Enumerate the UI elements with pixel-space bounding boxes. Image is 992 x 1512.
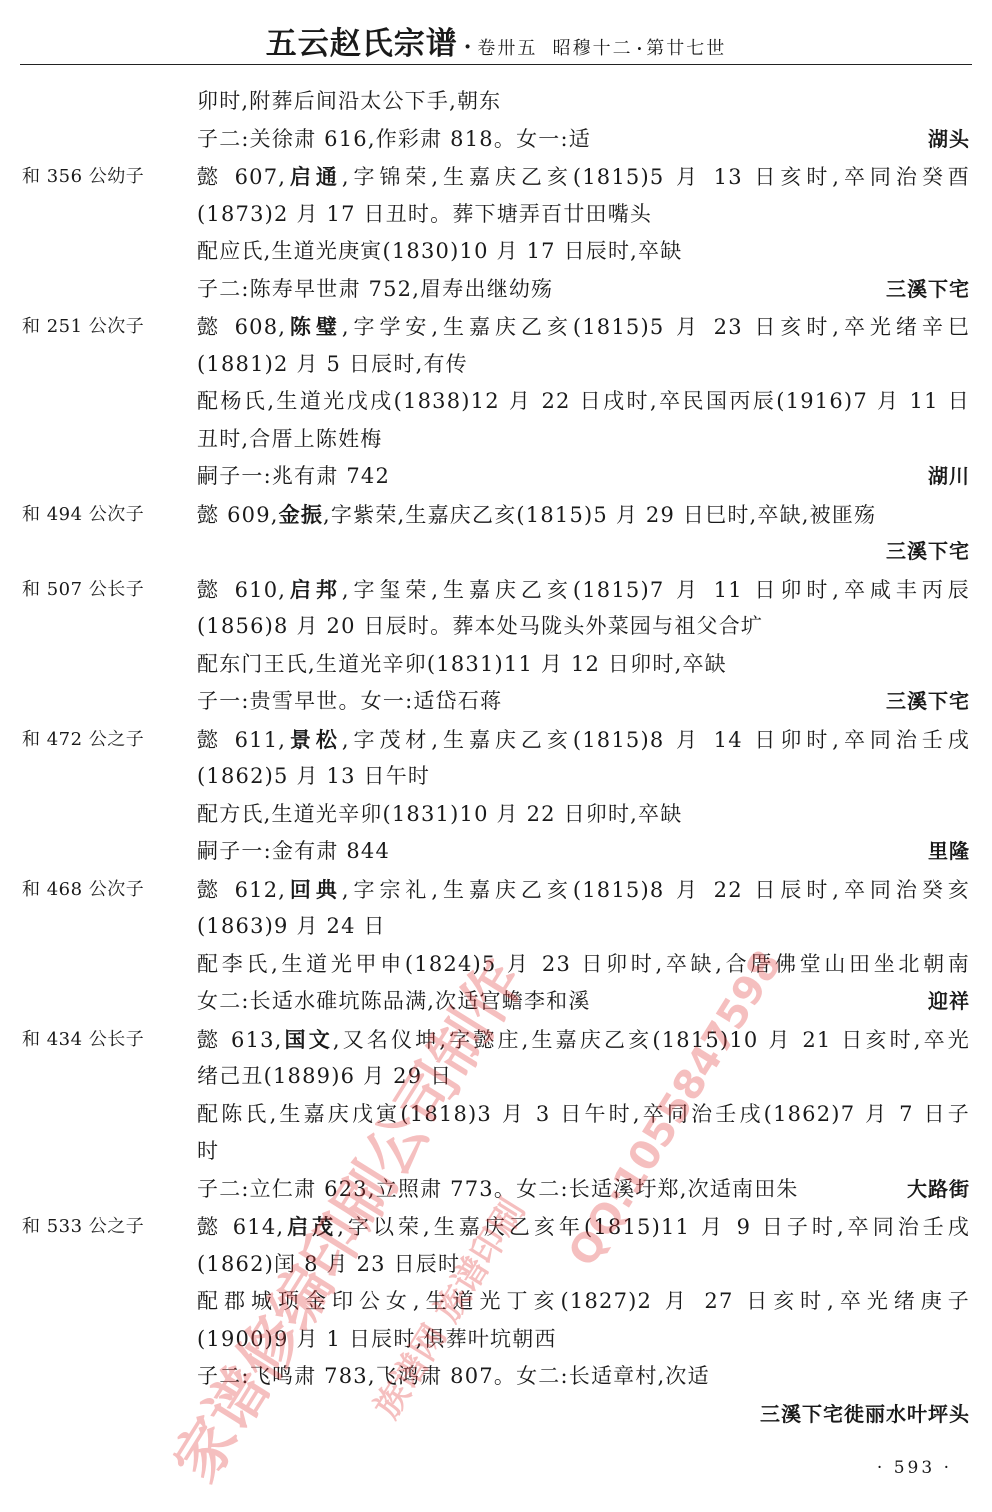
- entry-text: 子二:关徐肃 616,作彩肃 818。女一:适: [197, 121, 852, 159]
- father-reference: 和 434 公长子: [22, 1021, 144, 1059]
- entry-head-line: 和 356 公幼子懿 607,启通,字锦荣,生嘉庆乙亥(1815)5 月 13 …: [0, 158, 992, 196]
- father-reference: 和 494 公次子: [22, 496, 144, 534]
- entry-text: 子一:贵雪早世。女一:适岱石蒋: [197, 683, 852, 721]
- person-name: 回典: [286, 877, 342, 902]
- text-line: (1856)8 月 20 日辰时。葬本处马陇头外菜园与祖父合圹: [0, 608, 992, 646]
- residence-place: 三溪下宅: [886, 533, 970, 571]
- entry-text: 配东门王氏,生道光辛卯(1831)11 月 12 日卯时,卒缺: [197, 646, 970, 684]
- entry-text: (1856)8 月 20 日辰时。葬本处马陇头外菜园与祖父合圹: [197, 608, 970, 646]
- father-reference: 和 472 公之子: [22, 721, 144, 759]
- residence-place: 里隆: [928, 833, 970, 871]
- entry-head-line: 和 468 公次子懿 612,回典,字宗礼,生嘉庆乙亥(1815)8 月 22 …: [0, 871, 992, 909]
- person-name: 景松: [286, 727, 342, 752]
- text-line: 子二:陈寿早世肃 752,眉寿出继幼殇三溪下宅: [0, 271, 992, 309]
- entry-text: 懿 612,回典,字宗礼,生嘉庆乙亥(1815)8 月 22 日辰时,卒同治癸亥: [197, 871, 970, 910]
- text-line: 配方氏,生道光辛卯(1831)10 月 22 日卯时,卒缺: [0, 796, 992, 834]
- text-line: 子一:贵雪早世。女一:适岱石蒋三溪下宅: [0, 683, 992, 721]
- page-number: · 593 ·: [877, 1458, 952, 1478]
- header-separator: ·: [464, 34, 472, 60]
- text-line: 丑时,合厝上陈姓梅: [0, 421, 992, 459]
- entry-text: 卯时,附葬后间沿太公下手,朝东: [197, 83, 970, 121]
- entry-text: 懿 610,启邦,字玺荣,生嘉庆乙亥(1815)7 月 11 日卯时,卒咸丰丙辰: [197, 571, 970, 610]
- residence-place: 三溪下宅徙丽水叶坪头: [760, 1396, 970, 1434]
- entry-head-line: 和 434 公长子懿 613,国文,又名仪坤,字懿庄,生嘉庆乙亥(1815)10…: [0, 1021, 992, 1059]
- running-header: 五云赵氏宗谱·卷卅五 昭穆十二·第廿七世: [0, 18, 992, 63]
- text-line: 配李氏,生道光甲申(1824)5 月 23 日卯时,卒缺,合厝佛堂山田坐北朝南: [0, 946, 992, 984]
- entry-text: (1863)9 月 24 日: [197, 908, 970, 946]
- genealogy-page-body: 卯时,附葬后间沿太公下手,朝东子二:关徐肃 616,作彩肃 818。女一:适湖头…: [0, 83, 992, 1433]
- entry-text: 丑时,合厝上陈姓梅: [197, 421, 970, 459]
- entry-head-line: 和 472 公之子懿 611,景松,字茂材,生嘉庆乙亥(1815)8 月 14 …: [0, 721, 992, 759]
- text-line: (1862)5 月 13 日午时: [0, 758, 992, 796]
- text-line: 女二:长适水碓坑陈品满,次适宫蟾李和溪迎祥: [0, 983, 992, 1021]
- text-line: 配郡城项金印公女,生道光丁亥(1827)2 月 27 日亥时,卒光绪庚子: [0, 1283, 992, 1321]
- entry-text: (1900)9 月 1 日辰时,俱葬叶坑朝西: [197, 1321, 970, 1359]
- entry-text: 懿 607,启通,字锦荣,生嘉庆乙亥(1815)5 月 13 日亥时,卒同治癸酉: [197, 158, 970, 197]
- entry-text: 女二:长适水碓坑陈品满,次适宫蟾李和溪: [197, 983, 852, 1021]
- person-name: 陈璧: [286, 314, 342, 339]
- entry-text: 子二:立仁肃 623,立照肃 773。女二:长适溪圩郑,次适南田朱: [197, 1171, 852, 1209]
- text-line: 嗣子一:兆有肃 742湖川: [0, 458, 992, 496]
- text-line: 嗣子一:金有肃 844里隆: [0, 833, 992, 871]
- section-separator: ·: [637, 39, 643, 58]
- entry-text: (1881)2 月 5 日辰时,有传: [197, 346, 970, 384]
- text-line: 配杨氏,生道光戊戌(1838)12 月 22 日戌时,卒民国丙辰(1916)7 …: [0, 383, 992, 421]
- father-reference: 和 507 公长子: [22, 571, 144, 609]
- book-title: 五云赵氏宗谱: [266, 26, 458, 62]
- entry-text: 配方氏,生道光辛卯(1831)10 月 22 日卯时,卒缺: [197, 796, 970, 834]
- entry-text: 懿 614,启茂,字以荣,生嘉庆乙亥年(1815)11 月 9 日子时,卒同治壬…: [197, 1208, 970, 1247]
- residence-place: 大路街: [907, 1171, 970, 1209]
- text-line: 子二:立仁肃 623,立照肃 773。女二:长适溪圩郑,次适南田朱大路街: [0, 1171, 992, 1209]
- person-name: 金振: [279, 502, 323, 527]
- text-line: 子二:飞鸣肃 783,飞鸿肃 807。女二:长适章村,次适: [0, 1358, 992, 1396]
- text-line: 时: [0, 1133, 992, 1171]
- entry-text: 子二:飞鸣肃 783,飞鸿肃 807。女二:长适章村,次适: [197, 1358, 970, 1396]
- residence-place: 湖川: [928, 458, 970, 496]
- entry-text: 配陈氏,生嘉庆戊寅(1818)3 月 3 日午时,卒同治壬戌(1862)7 月 …: [197, 1096, 970, 1134]
- residence-place: 三溪下宅: [886, 683, 970, 721]
- text-line: (1862)闰 8 月 23 日辰时: [0, 1246, 992, 1284]
- father-reference: 和 468 公次子: [22, 871, 144, 909]
- text-line: 配东门王氏,生道光辛卯(1831)11 月 12 日卯时,卒缺: [0, 646, 992, 684]
- entry-head-line: 和 494 公次子懿 609,金振,字紫荣,生嘉庆乙亥(1815)5 月 29 …: [0, 496, 992, 534]
- entry-text: 懿 611,景松,字茂材,生嘉庆乙亥(1815)8 月 14 日卯时,卒同治壬戌: [197, 721, 970, 760]
- person-name: 国文: [283, 1027, 333, 1052]
- person-name: 启邦: [286, 577, 342, 602]
- father-reference: 和 251 公次子: [22, 308, 144, 346]
- entry-text: 配郡城项金印公女,生道光丁亥(1827)2 月 27 日亥时,卒光绪庚子: [197, 1283, 970, 1321]
- section-label: 昭穆十二: [553, 38, 633, 59]
- text-line: (1863)9 月 24 日: [0, 908, 992, 946]
- father-reference: 和 356 公幼子: [22, 158, 144, 196]
- residence-place: 三溪下宅: [886, 271, 970, 309]
- text-line: 配应氏,生道光庚寅(1830)10 月 17 日辰时,卒缺: [0, 233, 992, 271]
- text-line: 绪己丑(1889)6 月 29 日: [0, 1058, 992, 1096]
- text-line: 配陈氏,生嘉庆戊寅(1818)3 月 3 日午时,卒同治壬戌(1862)7 月 …: [0, 1096, 992, 1134]
- entry-text: 子二:陈寿早世肃 752,眉寿出继幼殇: [197, 271, 852, 309]
- entry-text: (1862)闰 8 月 23 日辰时: [197, 1246, 970, 1284]
- text-line: 三溪下宅: [0, 533, 992, 571]
- person-name: 启茂: [284, 1214, 337, 1239]
- text-line: (1873)2 月 17 日丑时。葬下塘弄百廿田嘴头: [0, 196, 992, 234]
- text-line: 子二:关徐肃 616,作彩肃 818。女一:适湖头: [0, 121, 992, 159]
- entry-text: 嗣子一:兆有肃 742: [197, 458, 852, 496]
- entry-head-line: 和 507 公长子懿 610,启邦,字玺荣,生嘉庆乙亥(1815)7 月 11 …: [0, 571, 992, 609]
- entry-text: 懿 613,国文,又名仪坤,字懿庄,生嘉庆乙亥(1815)10 月 21 日亥时…: [197, 1021, 970, 1060]
- entry-text: 配李氏,生道光甲申(1824)5 月 23 日卯时,卒缺,合厝佛堂山田坐北朝南: [197, 946, 970, 984]
- text-line: (1900)9 月 1 日辰时,俱葬叶坑朝西: [0, 1321, 992, 1359]
- volume-label: 卷卅五: [477, 38, 537, 59]
- entry-text: 配杨氏,生道光戊戌(1838)12 月 22 日戌时,卒民国丙辰(1916)7 …: [197, 383, 970, 421]
- entry-text: 懿 608,陈璧,字学安,生嘉庆乙亥(1815)5 月 23 日亥时,卒光绪辛巳: [197, 308, 970, 347]
- header-rule: [20, 64, 972, 65]
- entry-text: 懿 609,金振,字紫荣,生嘉庆乙亥(1815)5 月 29 日巳时,卒缺,被匪…: [197, 496, 970, 535]
- father-reference: 和 533 公之子: [22, 1208, 144, 1246]
- entry-text: 绪己丑(1889)6 月 29 日: [197, 1058, 970, 1096]
- residence-place: 湖头: [928, 121, 970, 159]
- person-name: 启通: [286, 164, 342, 189]
- entry-head-line: 和 533 公之子懿 614,启茂,字以荣,生嘉庆乙亥年(1815)11 月 9…: [0, 1208, 992, 1246]
- entry-text: 配应氏,生道光庚寅(1830)10 月 17 日辰时,卒缺: [197, 233, 970, 271]
- entry-head-line: 和 251 公次子懿 608,陈璧,字学安,生嘉庆乙亥(1815)5 月 23 …: [0, 308, 992, 346]
- generation-label: 第廿七世: [646, 38, 726, 59]
- entry-text: 嗣子一:金有肃 844: [197, 833, 852, 871]
- entry-text: 时: [197, 1133, 970, 1171]
- text-line: 卯时,附葬后间沿太公下手,朝东: [0, 83, 992, 121]
- residence-place: 迎祥: [928, 983, 970, 1021]
- text-line: 三溪下宅徙丽水叶坪头: [0, 1396, 992, 1434]
- entry-text: (1862)5 月 13 日午时: [197, 758, 970, 796]
- entry-text: (1873)2 月 17 日丑时。葬下塘弄百廿田嘴头: [197, 196, 970, 234]
- text-line: (1881)2 月 5 日辰时,有传: [0, 346, 992, 384]
